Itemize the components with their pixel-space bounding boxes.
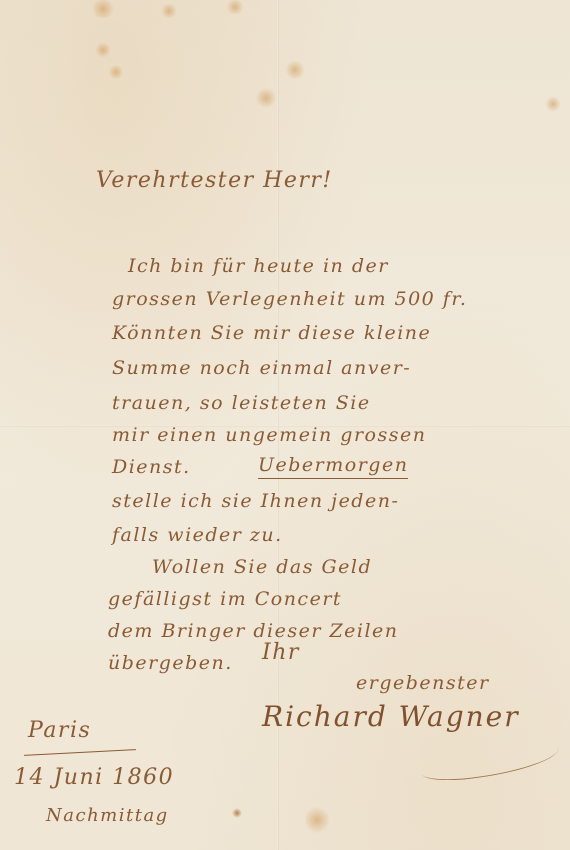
place: Paris [28, 718, 91, 743]
foxing-spot [255, 88, 277, 108]
foxing-spot [232, 808, 242, 818]
salutation: Verehrtester Herr! [96, 168, 333, 193]
body-line: übergeben. [108, 652, 233, 674]
foxing-spot [160, 4, 178, 18]
foxing-spot [305, 805, 329, 835]
underlined-word: Uebermorgen [258, 454, 408, 479]
closing-line-1: Ihr [262, 640, 300, 665]
body-line: trauen, so leisteten Sie [112, 392, 371, 414]
body-line: mir einen ungemein grossen [112, 424, 426, 446]
closing-line-2: ergebenster [356, 672, 490, 694]
body-line: falls wieder zu. [112, 524, 283, 546]
date: 14 Juni 1860 [14, 765, 174, 790]
foxing-spot [225, 0, 245, 14]
foxing-spot [108, 65, 124, 79]
foxing-spot [285, 60, 305, 80]
letter-paper: Verehrtester Herr! Ich bin für heute in … [0, 0, 570, 850]
signature: Richard Wagner [262, 700, 520, 733]
place-underline [24, 749, 136, 756]
body-line: Wollen Sie das Geld [152, 556, 372, 578]
body-line: Könnten Sie mir diese kleine [112, 322, 431, 344]
body-line: Summe noch einmal anver- [112, 357, 411, 379]
body-line: Dienst. [112, 456, 191, 478]
foxing-spot [545, 96, 561, 112]
foxing-spot [95, 42, 111, 58]
body-line: stelle ich sie Ihnen jeden- [112, 490, 399, 512]
body-line: gefälligst im Concert [108, 588, 342, 610]
body-line: dem Bringer dieser Zeilen [108, 620, 399, 642]
time-note: Nachmittag [46, 805, 169, 826]
signature-flourish [419, 735, 562, 785]
foxing-spot [90, 0, 116, 18]
body-line: Ich bin für heute in der [128, 255, 389, 277]
body-line: grossen Verlegenheit um 500 fr. [112, 288, 467, 310]
